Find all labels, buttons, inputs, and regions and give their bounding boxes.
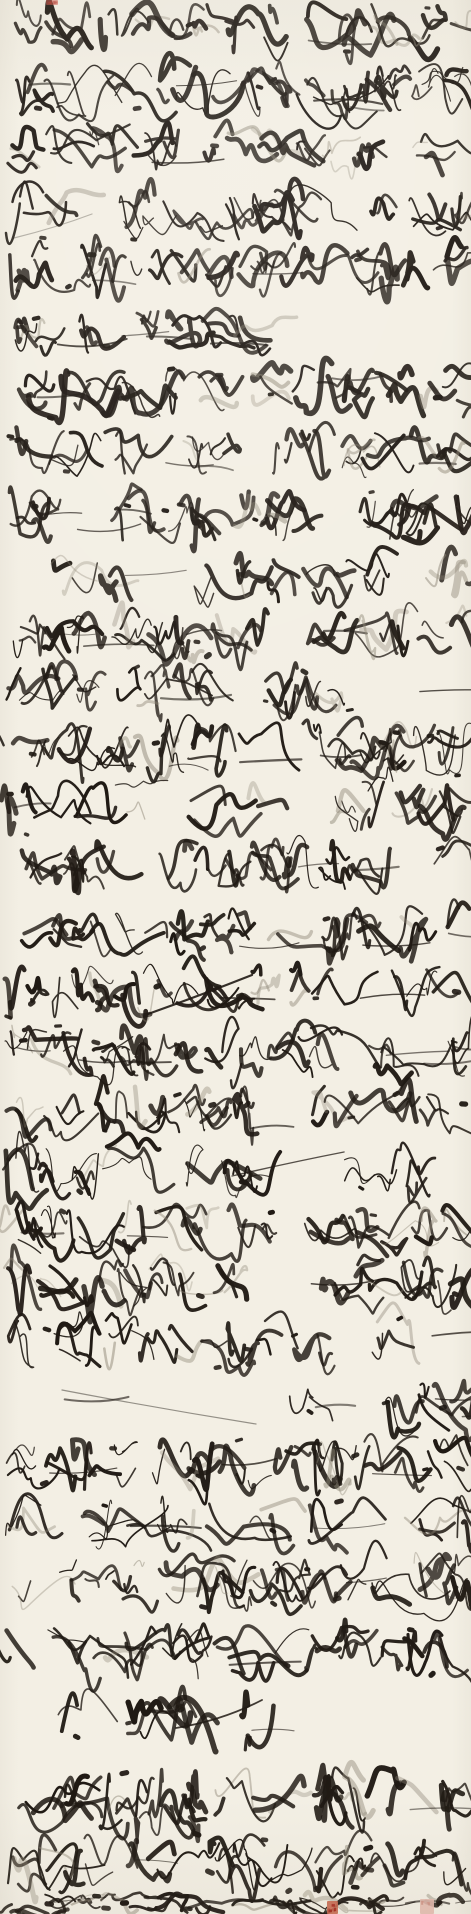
bottom-left-seal [327,1901,338,1914]
page-root: { "artwork": { "type": "ink calligraphy … [0,0,471,1914]
calligraphy-scroll [0,0,471,1914]
bottom-right-seal [420,1899,434,1914]
top-edge-seal-fragment [46,0,58,5]
ink-strokes-canvas [0,0,471,1914]
